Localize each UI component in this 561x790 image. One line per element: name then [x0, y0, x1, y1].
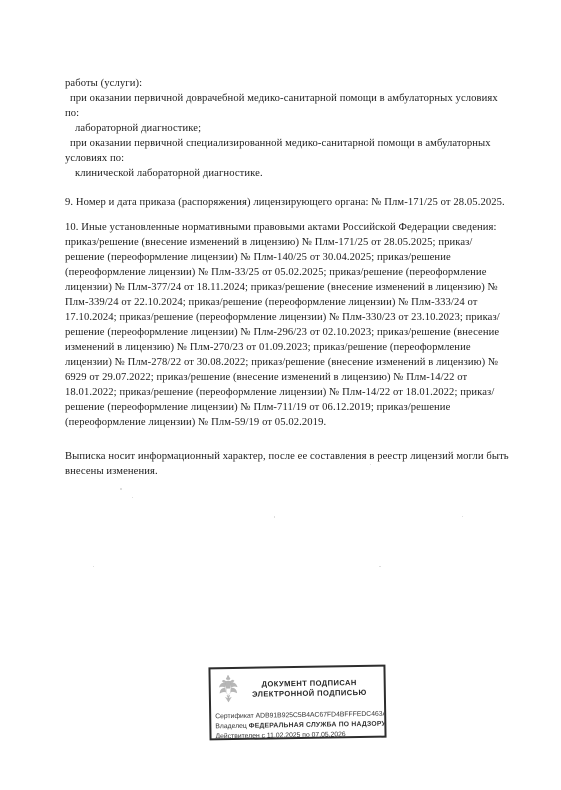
coat-of-arms-icon [218, 675, 239, 705]
work-item: лабораторной диагностике; [65, 121, 512, 136]
paragraph-order-number: 9. Номер и дата приказа (распоряжения) л… [65, 195, 512, 210]
validity-line: Действителен с 11.02.2025 по 07.05.2026 [215, 729, 384, 740]
work-item: клинической лабораторной диагностике. [65, 166, 512, 181]
works-section-intro: работы (услуги): [65, 76, 512, 91]
owner-label: Владелец [215, 723, 247, 730]
closing-note: Выписка носит информационный характер, п… [65, 449, 512, 479]
scan-speck [274, 516, 275, 518]
stamp-details: Сертификат ADB91B925C5B4AC67FD4BFFFEDC46… [211, 706, 385, 741]
certificate-value: ADB91B925C5B4AC67FD4BFFFEDC463AE [256, 711, 385, 720]
scan-speck [462, 516, 463, 517]
work-item: при оказании первичной доврачебной медик… [65, 91, 512, 121]
scan-speck [370, 464, 371, 465]
scan-speck [93, 566, 94, 567]
validity-text: Действителен с 11.02.2025 по 07.05.2026 [215, 731, 345, 740]
stamp-title-line2: ЭЛЕКТРОННОЙ ПОДПИСЬЮ [241, 688, 378, 700]
certificate-label: Сертификат [215, 713, 254, 721]
work-item: при оказании первичной специализированно… [65, 136, 512, 166]
electronic-signature-stamp: ДОКУМЕНТ ПОДПИСАН ЭЛЕКТРОННОЙ ПОДПИСЬЮ С… [208, 665, 386, 741]
stamp-header: ДОКУМЕНТ ПОДПИСАН ЭЛЕКТРОННОЙ ПОДПИСЬЮ [210, 667, 384, 709]
scan-speck [132, 497, 133, 498]
document-body: работы (услуги): при оказании первичной … [65, 76, 512, 479]
stamp-title: ДОКУМЕНТ ПОДПИСАН ЭЛЕКТРОННОЙ ПОДПИСЬЮ [239, 678, 378, 699]
owner-value: ФЕДЕРАЛЬНАЯ СЛУЖБА ПО НАДЗОРУ В С [249, 720, 385, 729]
license-extract-page: работы (услуги): при оказании первичной … [0, 0, 561, 790]
scan-speck [379, 566, 381, 567]
paragraph-other-information: 10. Иные установленные нормативными прав… [65, 220, 512, 430]
scan-speck [120, 488, 122, 490]
